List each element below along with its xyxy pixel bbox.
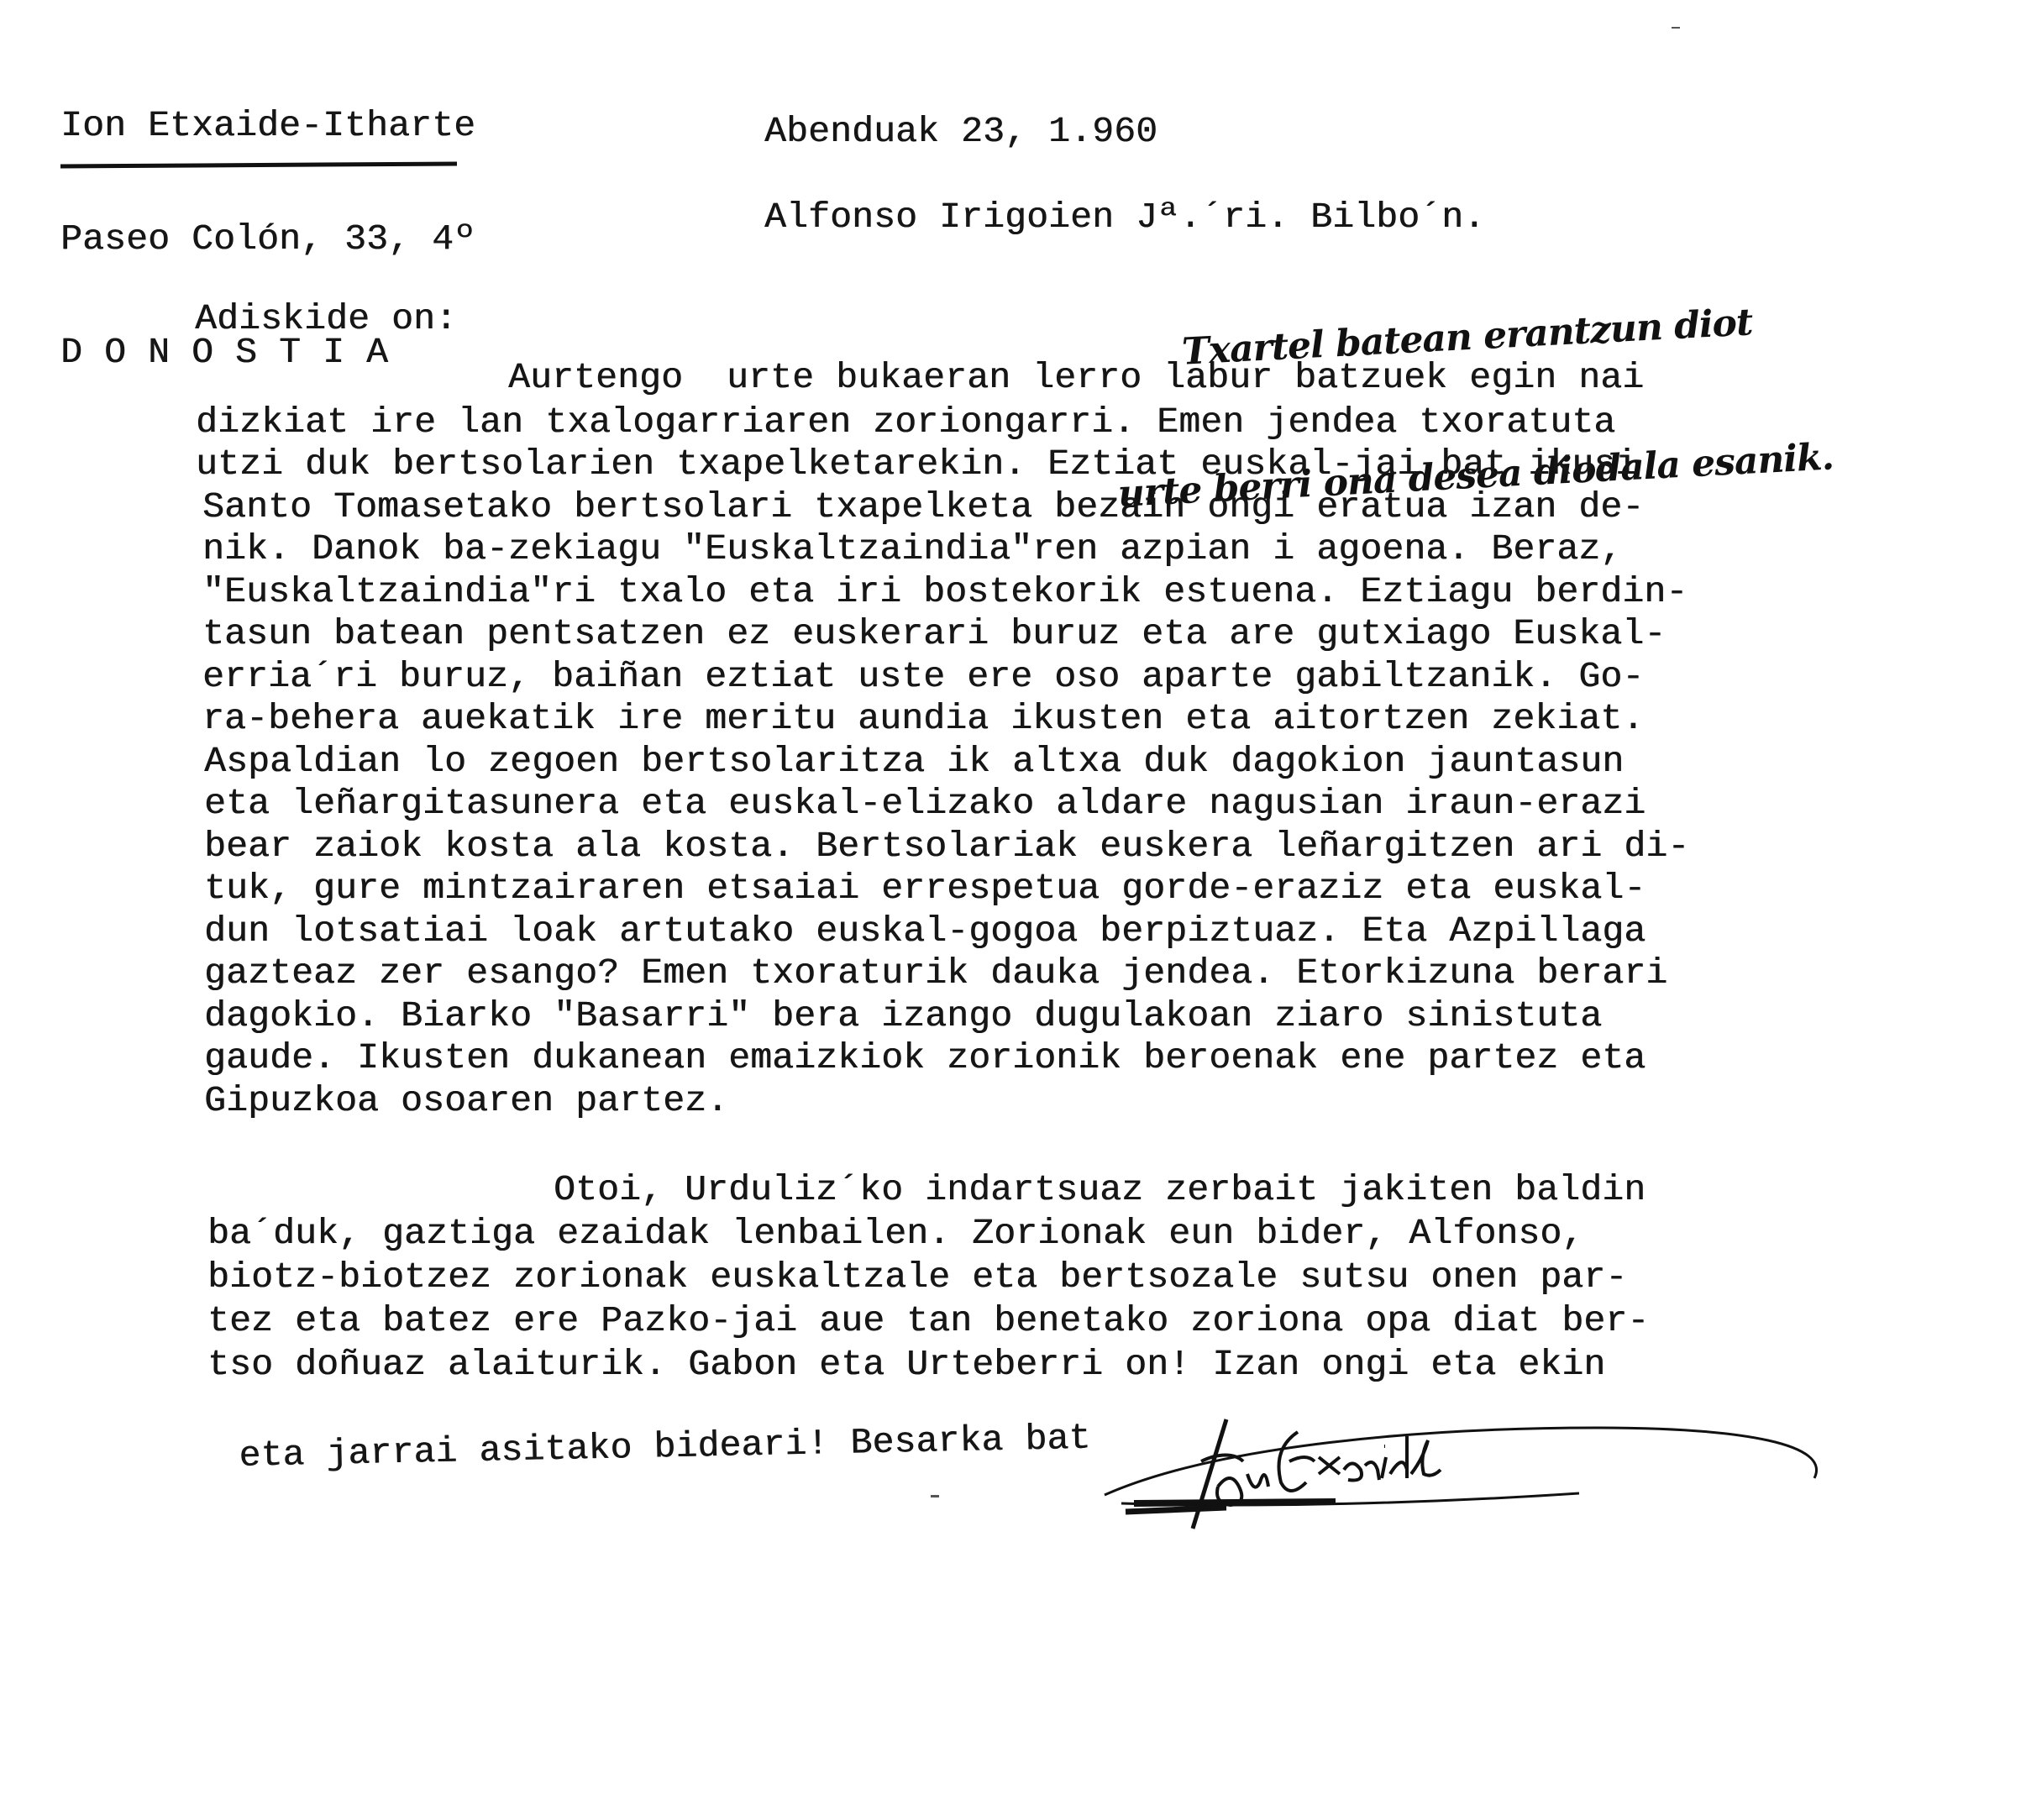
body-line: gazteaz zer esango? Emen txoraturik dauk… [204,952,1689,995]
closing-line: eta jarrai asitako bideari! Besarka bat [239,1420,1091,1474]
body-line: ba´duk, gaztiga ezaidak lenbailen. Zorio… [207,1213,1649,1256]
body-line: dagokio. Biarko "Basarri" bera izango du… [204,995,1689,1038]
salutation: Adiskide on: [195,301,457,337]
body-line: tso doñuaz alaiturik. Gabon eta Urteberr… [207,1344,1649,1387]
sender-name: Ion Etxaide-Itharte [60,108,475,149]
signature [1092,1394,1848,1562]
body-line: Gipuzkoa osoaren partez. [204,1080,1689,1123]
margin-mark [1672,27,1680,29]
body-line: Aurtengo urte bukaeran lerro labur batzu… [196,357,1681,400]
body-line: dun lotsatiai loak artutako euskal-gogoa… [204,910,1689,953]
margin-mark [931,1495,939,1497]
body-line: tez eta batez ere Pazko-jai aue tan bene… [207,1300,1649,1344]
body-line: eta leñargitasunera eta euskal-elizako a… [204,783,1689,826]
letter-page: Ion Etxaide-Itharte Paseo Colón, 33, 4º … [0,0,2026,1820]
body-line: dizkiat ire lan txalogarriaren zoriongar… [196,401,1681,444]
paragraph-2: Otoi, Urduliz´ko indartsuaz zerbait jaki… [207,1169,1649,1387]
body-line: erria´ri buruz, baiñan eztiat uste ere o… [202,656,1687,699]
body-line: bear zaiok kosta ala kosta. Bertsolariak… [204,826,1689,868]
body-line: Otoi, Urduliz´ko indartsuaz zerbait jaki… [207,1169,1649,1213]
body-line: tasun batean pentsatzen ez euskerari bur… [202,613,1687,656]
body-line: nik. Danok ba-zekiagu "Euskaltzaindia"re… [202,528,1687,571]
body-line: biotz-biotzez zorionak euskaltzale eta b… [207,1256,1649,1300]
letter-date: Abenduak 23, 1.960 [764,113,1157,149]
signature-scribble-icon [1092,1394,1848,1562]
sender-address: Paseo Colón, 33, 4º [60,221,475,262]
body-line: ra-behera auekatik ire meritu aundia iku… [202,698,1687,741]
body-line: Santo Tomasetako bertsolari txapelketa b… [202,486,1687,529]
body-line: utzi duk bertsolarien txapelketarekin. E… [196,443,1681,486]
body-line: tuk, gure mintzairaren etsaiai errespetu… [204,868,1689,910]
body-line: gaude. Ikusten dukanean emaizkiok zorion… [204,1037,1689,1080]
body-line: Aspaldian lo zegoen bertsolaritza ik alt… [204,741,1689,784]
body-line: "Euskaltzaindia"ri txalo eta iri bosteko… [202,571,1687,614]
paragraph-1: Aurtengo urte bukaeran lerro labur batzu… [196,359,1681,1122]
